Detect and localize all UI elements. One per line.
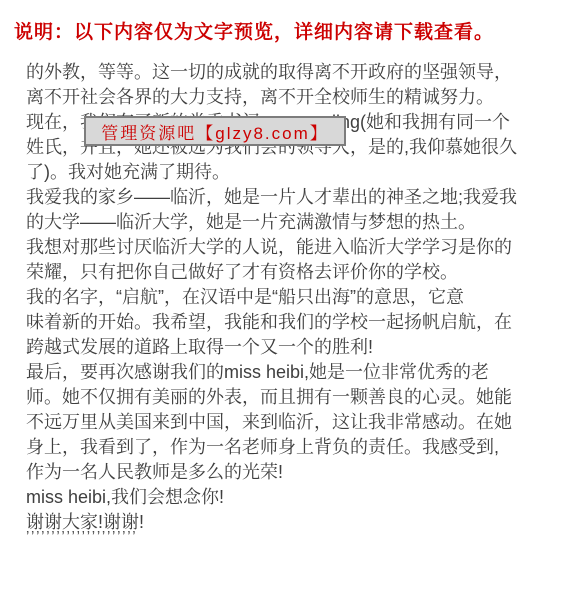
text-line: 的外教，等等。这一切的成就的取得离不开政府的坚强领导， bbox=[26, 60, 566, 85]
text-line: miss heibi,我们会想念你! bbox=[26, 485, 566, 510]
watermark-badge: 管理资源吧【glzy8.com】 bbox=[84, 116, 346, 146]
text-line: 的大学——临沂大学，她是一片充满激情与梦想的热土。 bbox=[26, 210, 566, 235]
trailer-dots: ’’’’’’’’’’’’’’’’’’’’’’ bbox=[26, 528, 138, 546]
text-line: 最后，要再次感谢我们的miss heibi,她是一位非常优秀的老 bbox=[26, 360, 566, 385]
watermark-text: 管理资源吧【glzy8.com】 bbox=[101, 119, 329, 144]
text-line: 了)。我对她充满了期待。 bbox=[26, 160, 566, 185]
text-line: 我的名字，“启航”，在汉语中是“船只出海”的意思，它意 bbox=[26, 285, 566, 310]
text-line: 离不开社会各界的大力支持，离不开全校师生的精诚努力。 bbox=[26, 85, 566, 110]
text-line: 作为一名人民教师是多么的光荣! bbox=[26, 460, 566, 485]
text-line: 跨越式发展的道路上取得一个又一个的胜利! bbox=[26, 335, 566, 360]
preview-page: 说明：以下内容仅为文字预览，详细内容请下载查看。 的外教，等等。这一切的成就的取… bbox=[0, 0, 578, 600]
text-line: 我爱我的家乡——临沂，她是一片人才辈出的神圣之地;我爱我 bbox=[26, 185, 566, 210]
text-line: 我想对那些讨厌临沂大学的人说，能进入临沂大学学习是你的 bbox=[26, 235, 566, 260]
text-line: 身上，我看到了，作为一名老师身上背负的责任。我感受到, bbox=[26, 435, 566, 460]
text-line: 师。她不仅拥有美丽的外表，而且拥有一颗善良的心灵。她能 bbox=[26, 385, 566, 410]
preview-notice: 说明：以下内容仅为文字预览，详细内容请下载查看。 bbox=[14, 17, 494, 44]
text-line: 不远万里从美国来到中国，来到临沂，这让我非常感动。在她 bbox=[26, 410, 566, 435]
text-line: 荣耀，只有把你自己做好了才有资格去评价你的学校。 bbox=[26, 260, 566, 285]
text-line: 味着新的开始。我希望，我能和我们的学校一起扬帆启航，在 bbox=[26, 310, 566, 335]
